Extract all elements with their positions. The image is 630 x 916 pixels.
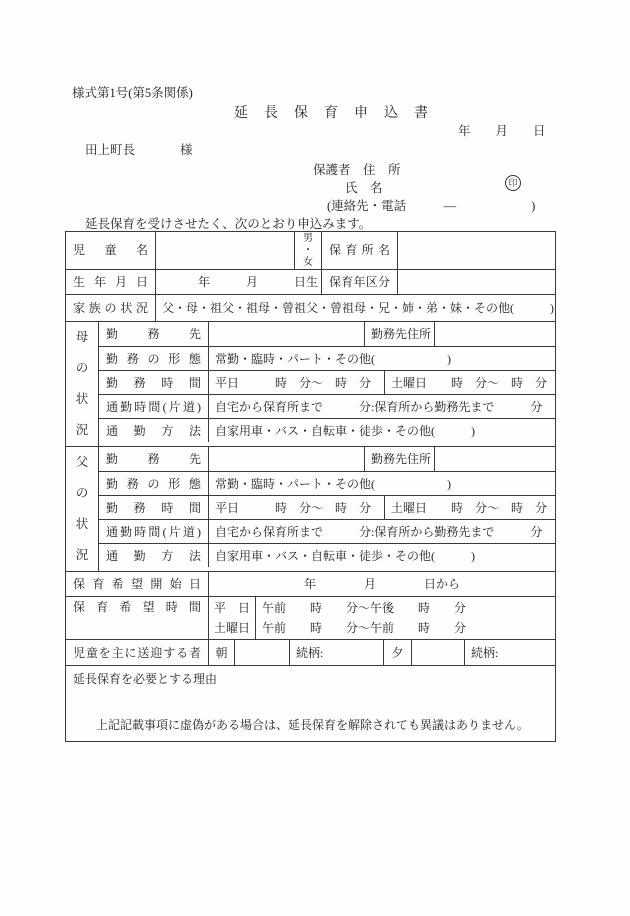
seal-mark: 印 (505, 175, 521, 191)
reason-label: 延長保育を必要とする理由 (66, 666, 555, 688)
work-hours-saturday: 土曜日 時 分～ 時 分 (384, 371, 555, 394)
intro-sentence: 延長保育を受けさせたく、次のとおり申込みます。 (85, 214, 371, 232)
care-hours-times: 午前 時 分～午後 時 分 午前 時 分～午前 時 分 (255, 597, 555, 639)
commute-method-options: 自家用車・バス・自転車・徒歩・その他( ) (208, 544, 555, 567)
contact-phone-line: (連絡先・電話 ― ) (327, 196, 535, 214)
work-hours-label: 勤務時間 (99, 371, 208, 394)
pickup-evening-label: 夕 (383, 640, 411, 665)
nursery-name-field (397, 232, 555, 269)
child-name-label: 児童名 (66, 232, 155, 269)
care-year-field (397, 270, 555, 294)
work-hours-weekday: 平日 時 分～ 時 分 (208, 371, 384, 394)
care-hours-days: 平 日 土曜日 (208, 597, 255, 639)
reason-cell: 延長保育を必要とする理由 上記記載事項に虚偽がある場合は、延長保育を解除されても… (66, 666, 555, 741)
honorific: 様 (180, 143, 193, 157)
guardian-name-label: 氏 名 (345, 178, 383, 196)
pickup-evening-field (411, 640, 464, 665)
care-hours-row: 保育希望時間 平 日 土曜日 午前 時 分～午後 時 分 午前 時 分～午前 時… (66, 596, 555, 639)
care-start-date-row: 保育希望開始日 年 月 日から (66, 571, 555, 596)
workplace-label: 勤務先 (99, 322, 208, 346)
mother-section-label: 母の状況 (66, 322, 98, 446)
workplace-row: 勤務先 勤務先住所 (99, 447, 555, 471)
form-number: 様式第1号(第5条関係) (72, 83, 193, 101)
addressee-line: 田上町長様 (85, 140, 193, 158)
family-status-row: 家族の状況 父・母・祖父・祖母・曾祖父・曾祖母・兄・姉・弟・妹・その他( ) (66, 294, 555, 321)
care-start-date-value: 年 月 日から (208, 572, 555, 596)
workplace-label: 勤務先 (99, 447, 208, 471)
birth-date-label: 生年月日 (66, 270, 155, 294)
child-name-row: 児童名 男・女 保育所名 (66, 232, 555, 269)
nursery-name-label: 保育所名 (321, 232, 397, 269)
commute-time-label: 通勤時間(片道) (99, 520, 208, 543)
care-hours-day-weekday: 平 日 (209, 598, 255, 618)
commute-time-value: 自宅から保育所まで 分:保育所から勤務先まで 分 (208, 520, 555, 543)
care-hours-label: 保育希望時間 (66, 597, 208, 639)
application-form-page: 様式第1号(第5条関係) 延 長 保 育 申 込 書 年 月 日 田上町長様 保… (0, 0, 630, 916)
commute-time-row: 通勤時間(片道) 自宅から保育所まで 分:保育所から勤務先まで 分 (99, 394, 555, 418)
birth-date-row: 生年月日 年 月 日生 保育年区分 (66, 269, 555, 294)
commute-method-options: 自家用車・バス・自転車・徒歩・その他( ) (208, 419, 555, 442)
commute-method-row: 通勤方法 自家用車・バス・自転車・徒歩・その他( ) (99, 543, 555, 567)
work-hours-saturday: 土曜日 時 分～ 時 分 (384, 496, 555, 519)
mother-status-section: 母の状況 勤務先 勤務先住所 勤務の形態 常勤・臨時・パート・その他( ) 勤務… (66, 321, 555, 446)
work-type-options: 常勤・臨時・パート・その他( ) (208, 472, 555, 495)
family-status-label: 家族の状況 (66, 295, 155, 321)
pickup-person-label: 児童を主に送迎する者 (66, 640, 208, 665)
father-section-label: 父の状況 (66, 447, 98, 571)
guardian-address-label: 保護者 住 所 (313, 160, 401, 178)
workplace-address-field (434, 447, 555, 471)
pickup-morning-label: 朝 (208, 640, 234, 665)
child-name-field (155, 232, 294, 269)
workplace-address-label: 勤務先住所 (364, 322, 434, 346)
father-status-section: 父の状況 勤務先 勤務先住所 勤務の形態 常勤・臨時・パート・その他( ) 勤務… (66, 446, 555, 571)
workplace-field (208, 447, 364, 471)
date-line: 年 月 日 (458, 121, 546, 139)
work-type-label: 勤務の形態 (99, 347, 208, 370)
workplace-address-label: 勤務先住所 (364, 447, 434, 471)
commute-time-value: 自宅から保育所まで 分:保育所から勤務先まで 分 (208, 395, 555, 418)
work-hours-row: 勤務時間 平日 時 分～ 時 分 土曜日 時 分～ 時 分 (99, 495, 555, 519)
care-hours-time-weekday: 午前 時 分～午後 時 分 (256, 598, 555, 618)
addressee: 田上町長 (85, 143, 135, 157)
work-hours-weekday: 平日 時 分～ 時 分 (208, 496, 384, 519)
commute-method-row: 通勤方法 自家用車・バス・自転車・徒歩・その他( ) (99, 418, 555, 442)
pickup-morning-relation: 続柄: (289, 640, 383, 665)
birth-date-value: 年 月 日生 (155, 270, 321, 294)
workplace-row: 勤務先 勤務先住所 (99, 322, 555, 346)
workplace-field (208, 322, 364, 346)
pickup-person-row: 児童を主に送迎する者 朝 続柄: 夕 続柄: (66, 639, 555, 665)
care-year-label: 保育年区分 (321, 270, 397, 294)
seal-icon: 印 (505, 175, 521, 191)
work-type-options: 常勤・臨時・パート・その他( ) (208, 347, 555, 370)
care-start-date-label: 保育希望開始日 (66, 572, 208, 596)
work-hours-row: 勤務時間 平日 時 分～ 時 分 土曜日 時 分～ 時 分 (99, 370, 555, 394)
application-table: 児童名 男・女 保育所名 生年月日 年 月 日生 保育年区分 家族の状況 父・母… (65, 231, 556, 742)
reason-field (66, 688, 555, 717)
care-hours-time-saturday: 午前 時 分～午前 時 分 (256, 618, 555, 638)
family-status-options: 父・母・祖父・祖母・曾祖父・曾祖母・兄・姉・弟・妹・その他( ) (155, 295, 555, 321)
work-type-row: 勤務の形態 常勤・臨時・パート・その他( ) (99, 471, 555, 495)
commute-method-label: 通勤方法 (99, 544, 208, 567)
work-type-row: 勤務の形態 常勤・臨時・パート・その他( ) (99, 346, 555, 370)
care-hours-day-saturday: 土曜日 (209, 618, 255, 638)
page-title: 延 長 保 育 申 込 書 (234, 102, 429, 122)
gender-label: 男・女 (294, 232, 321, 269)
pickup-evening-relation: 続柄: (464, 640, 555, 665)
commute-method-label: 通勤方法 (99, 419, 208, 442)
workplace-address-field (434, 322, 555, 346)
reason-row: 延長保育を必要とする理由 上記記載事項に虚偽がある場合は、延長保育を解除されても… (66, 665, 555, 741)
disclaimer-text: 上記記載事項に虚偽がある場合は、延長保育を解除されても異議はありません。 (66, 717, 555, 741)
work-hours-label: 勤務時間 (99, 496, 208, 519)
pickup-morning-field (234, 640, 289, 665)
commute-time-row: 通勤時間(片道) 自宅から保育所まで 分:保育所から勤務先まで 分 (99, 519, 555, 543)
commute-time-label: 通勤時間(片道) (99, 395, 208, 418)
work-type-label: 勤務の形態 (99, 472, 208, 495)
